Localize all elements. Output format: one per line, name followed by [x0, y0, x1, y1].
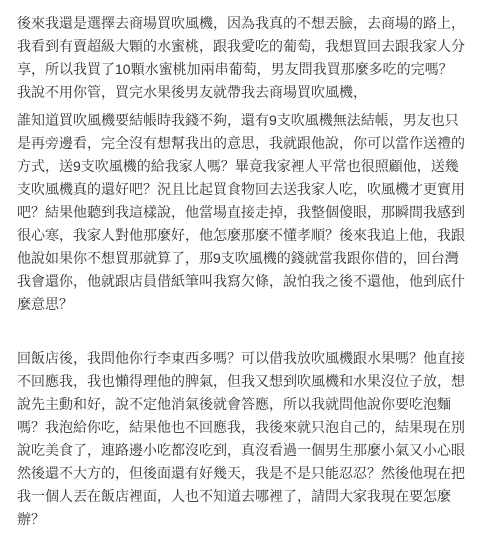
post-content: 後來我還是選擇去商場買吹風機，因為我真的不想丟臉，去商場的路上，我看到有賣超級大…: [0, 0, 483, 531]
post-paragraph: 誰知道買吹風機要結帳時我錢不夠，還有9支吹風機無法結帳，男友也只是再旁邊看，完全…: [17, 109, 466, 316]
post-paragraph: 後來我還是選擇去商場買吹風機，因為我真的不想丟臉，去商場的路上，我看到有賣超級大…: [17, 12, 466, 104]
post-paragraph: 回飯店後，我問他你行李東西多嗎？可以借我放吹風機跟水果嗎？他直接不回應我，我也懶…: [17, 347, 466, 531]
